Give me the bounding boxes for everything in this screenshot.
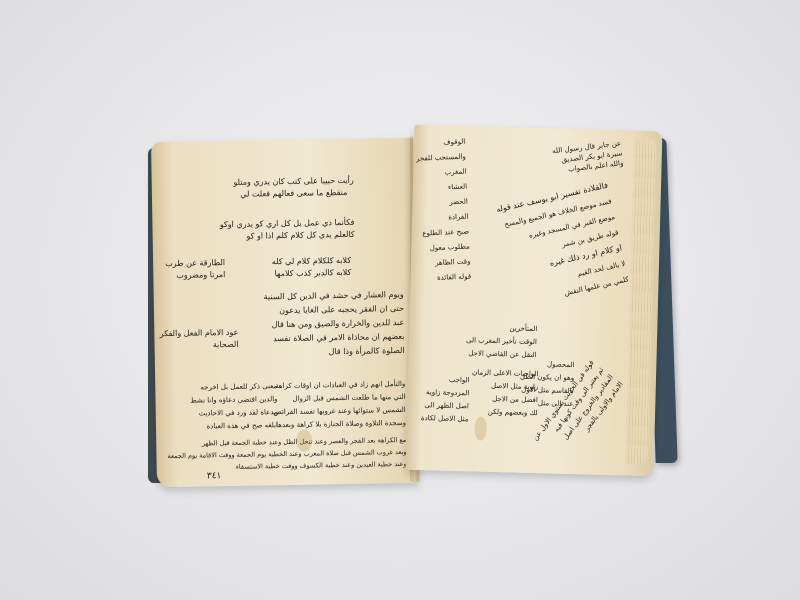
text-line: الواجب [422, 373, 470, 387]
text-line: ابلغه صح في هذه العبادة [191, 419, 279, 434]
left-page: رأيت حبيبا على كتب كان يدري ومتلو منقطع … [151, 138, 419, 488]
open-manuscript: رأيت حبيبا على كتب كان يدري ومتلو منقطع … [148, 128, 678, 488]
water-stain [296, 430, 312, 452]
text-line: وسجدة التلاوة وصلاة الجنازة بلا كراهة وب… [273, 417, 406, 432]
right-top-notes: عن جابر قال رسول الله سيرة ابو بكر الصدي… [551, 138, 623, 176]
right-page: عن جابر قال رسول الله سيرة ابو بكر الصدي… [406, 125, 663, 476]
page-number: ٣٤١ [207, 471, 222, 481]
text-line: الصحابة [160, 339, 239, 352]
text-line: كالعلم يدي كل كلام كلم اذا او كو [220, 229, 355, 243]
text-line: منقطع ما سعى فعالهم فعلت لي [234, 187, 354, 201]
right-middle-columns: المتأخرين الوقت تأخير المغرب الى النقل ع… [466, 321, 538, 362]
left-block-5-main: والتأمل انهم زاد في العبادات ان اوقات كر… [273, 378, 406, 432]
water-stain [474, 416, 487, 440]
left-block-3-side: الطارقة عن طرب امرتا ومضروب [165, 257, 225, 282]
text-line: كلابه كالدبر كذب كلامها [272, 267, 351, 280]
text-line: الطارقة عن طرب [165, 257, 225, 270]
right-left-column: الوقوف والمستحب للفجر المغرب العشاء الحض… [415, 135, 471, 287]
left-margin-note: عود الامام الفعل والفكر الصحابة [160, 327, 239, 352]
text-line: قوله الفائدة [421, 269, 471, 286]
left-block-5-side: معنى ذكر للعمل بل اخرجه والدين اقتضى دعا… [190, 380, 278, 434]
text-line: الصلوة كالمرأة وذا قال [264, 344, 404, 360]
text-line: مثل الاصل لكادة [421, 412, 469, 426]
text-line: امرتا ومضروب [165, 269, 225, 282]
page-edges [626, 139, 656, 464]
left-block-5-bottom: مع الكراهة بعد الفجر والعصر وعند تنحل ال… [167, 434, 407, 474]
left-block-3-main: كلابه كلكلام كلام لي كله كلابه كالدبر كذ… [272, 255, 352, 280]
left-block-4: ويوم العشار في حشد في الدين كل السنية حت… [263, 288, 404, 360]
right-bottom-left: الواجب المزدوجة زاوية اصل الظهر الى مثل … [421, 373, 470, 426]
text-line: المزدوجة زاوية [421, 386, 469, 400]
left-block-2: فكأنما ذي عمل بل كل اري كو يدري اوكو كال… [220, 217, 355, 243]
left-block-1: رأيت حبيبا على كتب كان يدري ومتلو منقطع … [233, 175, 354, 201]
text-line: اصل الظهر الى [421, 399, 469, 413]
right-diagonal-main: فالقلادة تفسير ابو يوسف عند قوله فسد موض… [494, 178, 630, 312]
